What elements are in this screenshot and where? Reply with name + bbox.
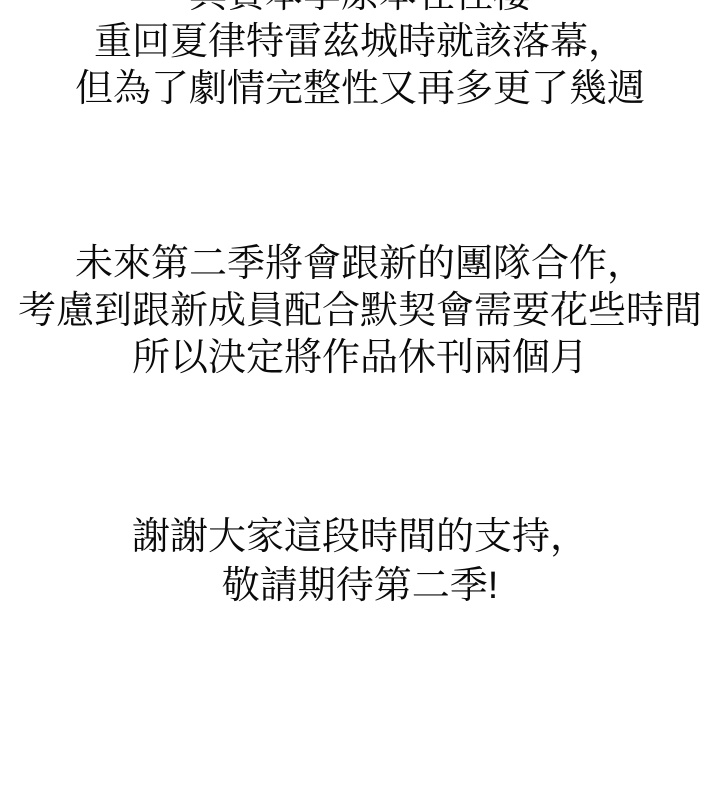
webtoon-notice-page: 其實本季原本在怪樓 重回夏律特雷茲城時就該落幕， 但為了劇情完整性又再多更了幾週… [0,0,720,800]
notice-line: 敬請期待第二季! [0,562,720,611]
notice-line: 但為了劇情完整性又再多更了幾週 [0,66,720,113]
notice-line: 所以決定將作品休刊兩個月 [0,335,720,382]
notice-line: 考慮到跟新成員配合默契會需要花些時間 [0,288,720,335]
notice-paragraph-hiatus: 未來第二季將會跟新的團隊合作， 考慮到跟新成員配合默契會需要花些時間 所以決定將… [0,241,720,382]
notice-line: 重回夏律特雷茲城時就該落幕， [0,19,720,66]
notice-line: 未來第二季將會跟新的團隊合作， [0,241,720,288]
notice-line-clipped: 其實本季原本在怪樓 [0,0,720,19]
notice-paragraph-thanks: 謝謝大家這段時間的支持， 敬請期待第二季! [0,513,720,611]
notice-paragraph-season-end: 其實本季原本在怪樓 重回夏律特雷茲城時就該落幕， 但為了劇情完整性又再多更了幾週 [0,0,720,113]
notice-line: 謝謝大家這段時間的支持， [0,513,720,562]
